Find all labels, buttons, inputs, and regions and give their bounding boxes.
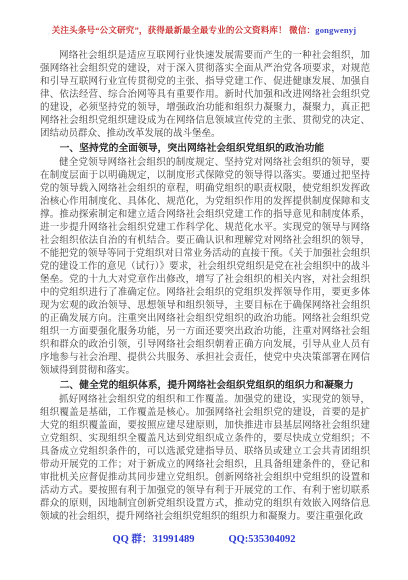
promo-text: 关注头条号“公文研究”，获得最新最全最专业的公文资料库！ 微信： <box>52 25 316 35</box>
paragraph-section-1: 健全党领导网络社会组织的制度规定、坚持党对网络社会组织的领导，要在制度层面于以明… <box>40 157 370 378</box>
qq-number: 535304092 <box>248 534 295 545</box>
qq-group-number: 31991489 <box>152 534 194 545</box>
paragraph-section-2: 抓好网络社会组织党的组织和工作覆盖。加强党的建设，实现党的领导，组织覆盖是基础，… <box>40 394 370 522</box>
promo-header: 关注头条号“公文研究”，获得最新最全最专业的公文资料库！ 微信：gongweny… <box>0 24 408 36</box>
qq-group-contact: QQ 群：31991489 <box>112 534 194 545</box>
section-heading-1: 一、坚持党的全面领导，突出网络社会组织党组织的政治功能 <box>40 142 370 156</box>
document-page: 关注头条号“公文研究”，获得最新最全最专业的公文资料库！ 微信：gongweny… <box>0 0 408 580</box>
qq-group-label: QQ 群： <box>112 534 152 545</box>
qq-contact: QQ:535304092 <box>228 534 295 545</box>
section-heading-2: 二、健全党的组织体系，提升网络社会组织党组织的组织力和凝聚力 <box>40 379 370 393</box>
document-body: 网络社会组织是适应互联网行业快速发展需要而产生的一种社会组织，加强网络社会组织党… <box>40 50 370 522</box>
wechat-id: gongwenyj <box>315 25 356 35</box>
qq-label: QQ: <box>228 534 248 545</box>
paragraph-intro: 网络社会组织是适应互联网行业快速发展需要而产生的一种社会组织，加强网络社会组织党… <box>40 50 370 141</box>
contact-footer: QQ 群：31991489QQ:535304092 <box>0 531 408 546</box>
